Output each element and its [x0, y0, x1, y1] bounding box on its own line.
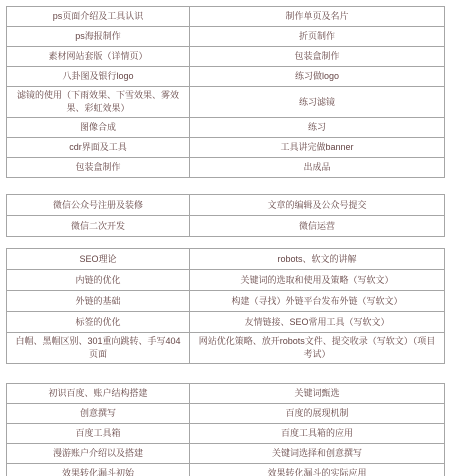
table-cell-left: 外链的基础: [7, 291, 190, 312]
table-cell-right: 关键词甄选: [190, 384, 445, 404]
table-row: 初识百度、账户结构搭建关键词甄选: [7, 384, 445, 404]
table-cell-right: 折页制作: [190, 27, 445, 47]
table-row: 标签的优化友情链接、SEO常用工具（写软文）: [7, 312, 445, 333]
table-cell-right: 工具讲完做banner: [190, 138, 445, 158]
table-cell-right: 网站优化策略、放开robots文件、提交收录（写软文）（项目考试）: [190, 333, 445, 364]
table-row: 漫游账户介绍以及搭建关键词选择和创意撰写: [7, 444, 445, 464]
table-cell-right: 友情链接、SEO常用工具（写软文）: [190, 312, 445, 333]
table-cell-left: 内链的优化: [7, 270, 190, 291]
table-cell-left: SEO理论: [7, 249, 190, 270]
table-cell-right: robots、软文的讲解: [190, 249, 445, 270]
design-course-table: ps页面介绍及工具认识制作单页及名片ps海报制作折页制作素材网站套版（详情页）包…: [6, 6, 445, 178]
table-row: 滤镜的使用（下雨效果、下雪效果、雾效果、彩虹效果）练习滤镜: [7, 87, 445, 118]
table-cell-left: cdr界面及工具: [7, 138, 190, 158]
table-cell-right: 练习滤镜: [190, 87, 445, 118]
table-cell-right: 文章的编辑及公众号提交: [190, 195, 445, 216]
table-cell-right: 构建（寻找）外链平台发布外链（写软文）: [190, 291, 445, 312]
table-cell-left: 微信二次开发: [7, 216, 190, 237]
table-cell-right: 练习做logo: [190, 67, 445, 87]
table-cell-left: 标签的优化: [7, 312, 190, 333]
table-row: 创意撰写百度的展现机制: [7, 404, 445, 424]
table-cell-left: 初识百度、账户结构搭建: [7, 384, 190, 404]
table-row: cdr界面及工具工具讲完做banner: [7, 138, 445, 158]
table-row: 八卦图及银行logo练习做logo: [7, 67, 445, 87]
table-row: 微信二次开发微信运营: [7, 216, 445, 237]
table-row: 素材网站套版（详情页）包装盒制作: [7, 47, 445, 67]
table-cell-right: 练习: [190, 118, 445, 138]
table-cell-left: ps海报制作: [7, 27, 190, 47]
table-row: 外链的基础构建（寻找）外链平台发布外链（写软文）: [7, 291, 445, 312]
wechat-course-table: 微信公众号注册及装修文章的编辑及公众号提交微信二次开发微信运营: [6, 194, 445, 237]
table-row: 微信公众号注册及装修文章的编辑及公众号提交: [7, 195, 445, 216]
table-cell-right: 百度的展现机制: [190, 404, 445, 424]
table-cell-left: 图像合成: [7, 118, 190, 138]
table-cell-right: 制作单页及名片: [190, 7, 445, 27]
table-row: SEO理论robots、软文的讲解: [7, 249, 445, 270]
table-cell-left: 微信公众号注册及装修: [7, 195, 190, 216]
table-cell-right: 效果转化漏斗的实际应用: [190, 464, 445, 476]
tables-container: ps页面介绍及工具认识制作单页及名片ps海报制作折页制作素材网站套版（详情页）包…: [0, 0, 450, 476]
table-row: 图像合成练习: [7, 118, 445, 138]
table-cell-left: 百度工具箱: [7, 424, 190, 444]
table-cell-left: 漫游账户介绍以及搭建: [7, 444, 190, 464]
table-row: 内链的优化关键词的选取和使用及策略（写软文）: [7, 270, 445, 291]
table-row: 白帽、黑帽区别、301重向跳转、手写404页面网站优化策略、放开robots文件…: [7, 333, 445, 364]
table-cell-left: 八卦图及银行logo: [7, 67, 190, 87]
table-cell-right: 关键词的选取和使用及策略（写软文）: [190, 270, 445, 291]
table-row: 百度工具箱百度工具箱的应用: [7, 424, 445, 444]
table-cell-left: 素材网站套版（详情页）: [7, 47, 190, 67]
table-cell-left: 滤镜的使用（下雨效果、下雪效果、雾效果、彩虹效果）: [7, 87, 190, 118]
table-row: ps页面介绍及工具认识制作单页及名片: [7, 7, 445, 27]
table-row: 包装盒制作出成品: [7, 158, 445, 178]
table-row: 效果转化漏斗初始效果转化漏斗的实际应用: [7, 464, 445, 476]
table-cell-right: 微信运营: [190, 216, 445, 237]
table-cell-right: 出成品: [190, 158, 445, 178]
table-cell-left: 效果转化漏斗初始: [7, 464, 190, 476]
seo-course-table: SEO理论robots、软文的讲解内链的优化关键词的选取和使用及策略（写软文）外…: [6, 248, 445, 364]
table-cell-left: ps页面介绍及工具认识: [7, 7, 190, 27]
sem-course-table: 初识百度、账户结构搭建关键词甄选创意撰写百度的展现机制百度工具箱百度工具箱的应用…: [6, 383, 445, 476]
table-cell-right: 百度工具箱的应用: [190, 424, 445, 444]
table-cell-left: 包装盒制作: [7, 158, 190, 178]
table-cell-left: 白帽、黑帽区别、301重向跳转、手写404页面: [7, 333, 190, 364]
table-cell-right: 关键词选择和创意撰写: [190, 444, 445, 464]
table-cell-left: 创意撰写: [7, 404, 190, 424]
table-cell-right: 包装盒制作: [190, 47, 445, 67]
syllabus-page: ps页面介绍及工具认识制作单页及名片ps海报制作折页制作素材网站套版（详情页）包…: [0, 0, 450, 476]
table-row: ps海报制作折页制作: [7, 27, 445, 47]
